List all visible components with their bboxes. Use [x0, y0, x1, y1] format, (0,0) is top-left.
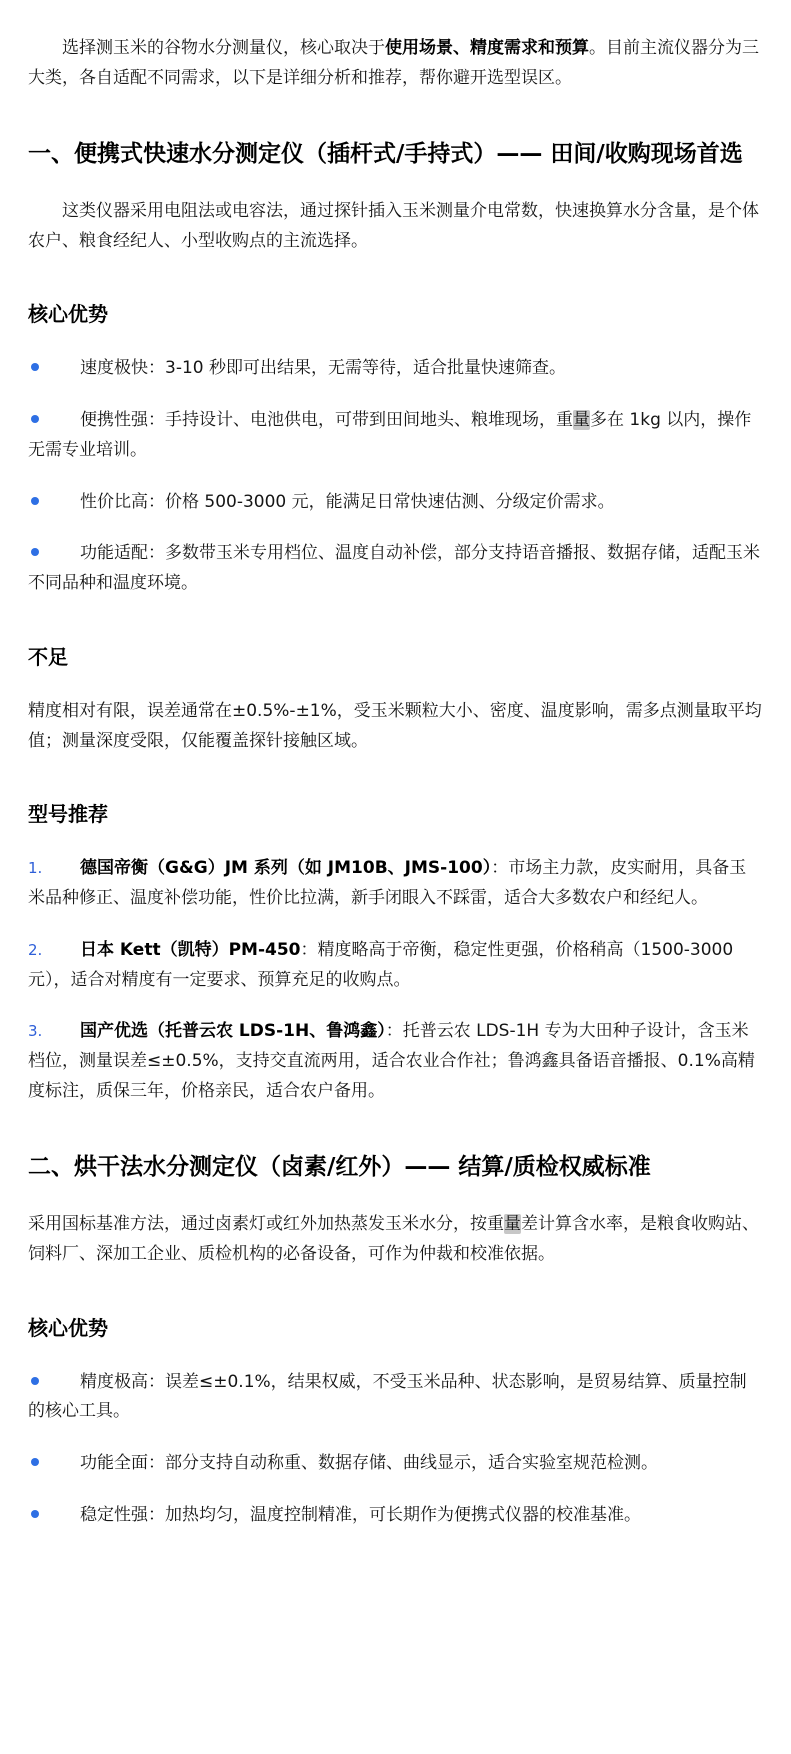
list-item: 稳定性强：加热均匀，温度控制精准，可长期作为便携式仪器的校准基准。 [28, 1501, 763, 1531]
section1-intro-paragraph: 这类仪器采用电阻法或电容法，通过探针插入玉米测量介电常数，快速换算水分含量，是个… [28, 197, 763, 257]
list-item-text: 性价比高：价格 500-3000 元，能满足日常快速估测、分级定价需求。 [80, 492, 615, 512]
model-name: 日本 Kett（凯特）PM-450 [80, 940, 301, 960]
section2-heading: 二、烘干法水分测定仪（卤素/红外）—— 结算/质检权威标准 [28, 1147, 763, 1188]
list-item: 精度极高：误差≤±0.1%，结果权威，不受玉米品种、状态影响，是贸易结算、质量控… [28, 1368, 763, 1428]
intro-paragraph: 选择测玉米的谷物水分测量仪，核心取决于使用场景、精度需求和预算。目前主流仪器分为… [28, 34, 763, 94]
bullet-marker [28, 488, 80, 518]
number-marker: 3. [28, 1018, 80, 1044]
list-item-text: 功能全面：部分支持自动称重、数据存储、曲线显示，适合实验室规范检测。 [80, 1453, 658, 1473]
bullet-marker [28, 1501, 80, 1531]
list-item-text: 功能适配：多数带玉米专用档位、温度自动补偿，部分支持语音播报、数据存储，适配玉米… [28, 543, 760, 593]
bullet-marker [28, 1449, 80, 1479]
bullet-icon [31, 1458, 39, 1466]
list-item: 性价比高：价格 500-3000 元，能满足日常快速估测、分级定价需求。 [28, 488, 763, 518]
bullet-icon [31, 415, 39, 423]
article-body: 选择测玉米的谷物水分测量仪，核心取决于使用场景、精度需求和预算。目前主流仪器分为… [0, 0, 791, 1573]
bullet-icon [31, 1377, 39, 1385]
document-page: { "accent_color": "#2e6fe4", "highlight_… [0, 0, 791, 1754]
bullet-icon [31, 548, 39, 556]
list-item-text: 稳定性强：加热均匀，温度控制精准，可长期作为便携式仪器的校准基准。 [80, 1505, 641, 1525]
intro-text-bold: 使用场景、精度需求和预算 [385, 38, 589, 58]
section2-advantages-heading: 核心优势 [28, 1310, 763, 1346]
number-marker: 1. [28, 855, 80, 881]
section1-advantages-heading: 核心优势 [28, 296, 763, 332]
list-item-text: 精度极高：误差≤±0.1%，结果权威，不受玉米品种、状态影响，是贸易结算、质量控… [28, 1372, 747, 1422]
list-item: 功能适配：多数带玉米专用档位、温度自动补偿，部分支持语音播报、数据存储，适配玉米… [28, 539, 763, 599]
list-item-text: 速度极快：3-10 秒即可出结果，无需等待，适合批量快速筛查。 [80, 358, 566, 378]
bullet-marker [28, 539, 80, 569]
bullet-icon [31, 363, 39, 371]
list-item: 便携性强：手持设计、电池供电，可带到田间地头、粮堆现场，重量多在 1kg 以内，… [28, 406, 763, 466]
list-item: 功能全面：部分支持自动称重、数据存储、曲线显示，适合实验室规范检测。 [28, 1449, 763, 1479]
list-item-text: 便携性强：手持设计、电池供电，可带到田间地头、粮堆现场，重 [80, 410, 573, 430]
numbered-list-item: 3.国产优选（托普云农 LDS-1H、鲁鸿鑫）：托普云农 LDS-1H 专为大田… [28, 1017, 763, 1106]
numbered-list-item: 1.德国帝衡（G&G）JM 系列（如 JM10B、JMS-100）：市场主力款，… [28, 854, 763, 914]
list-item: 速度极快：3-10 秒即可出结果，无需等待，适合批量快速筛查。 [28, 354, 763, 384]
model-name: 国产优选（托普云农 LDS-1H、鲁鸿鑫） [80, 1021, 386, 1041]
bullet-marker [28, 406, 80, 436]
model-name: 德国帝衡（G&G）JM 系列（如 JM10B、JMS-100） [80, 858, 491, 878]
section1-models-heading: 型号推荐 [28, 796, 763, 832]
section2-intro-paragraph: 采用国标基准方法，通过卤素灯或红外加热蒸发玉米水分，按重量差计算含水率，是粮食收… [28, 1210, 763, 1270]
section1-weakness-heading: 不足 [28, 639, 763, 675]
section2-intro-prefix: 采用国标基准方法，通过卤素灯或红外加热蒸发玉米水分，按重 [28, 1214, 504, 1234]
numbered-list-item: 2.日本 Kett（凯特）PM-450：精度略高于帝衡，稳定性更强，价格稍高（1… [28, 936, 763, 996]
intro-text-prefix: 选择测玉米的谷物水分测量仪，核心取决于 [62, 38, 385, 58]
bullet-marker [28, 354, 80, 384]
section1-weakness-paragraph: 精度相对有限，误差通常在±0.5%-±1%，受玉米颗粒大小、密度、温度影响，需多… [28, 697, 763, 757]
highlighted-char: 量 [504, 1214, 521, 1234]
bullet-icon [31, 497, 39, 505]
highlighted-char: 量 [573, 410, 590, 430]
bullet-icon [31, 1510, 39, 1518]
number-marker: 2. [28, 937, 80, 963]
section1-heading: 一、便携式快速水分测定仪（插杆式/手持式）—— 田间/收购现场首选 [28, 134, 763, 175]
bullet-marker [28, 1368, 80, 1398]
